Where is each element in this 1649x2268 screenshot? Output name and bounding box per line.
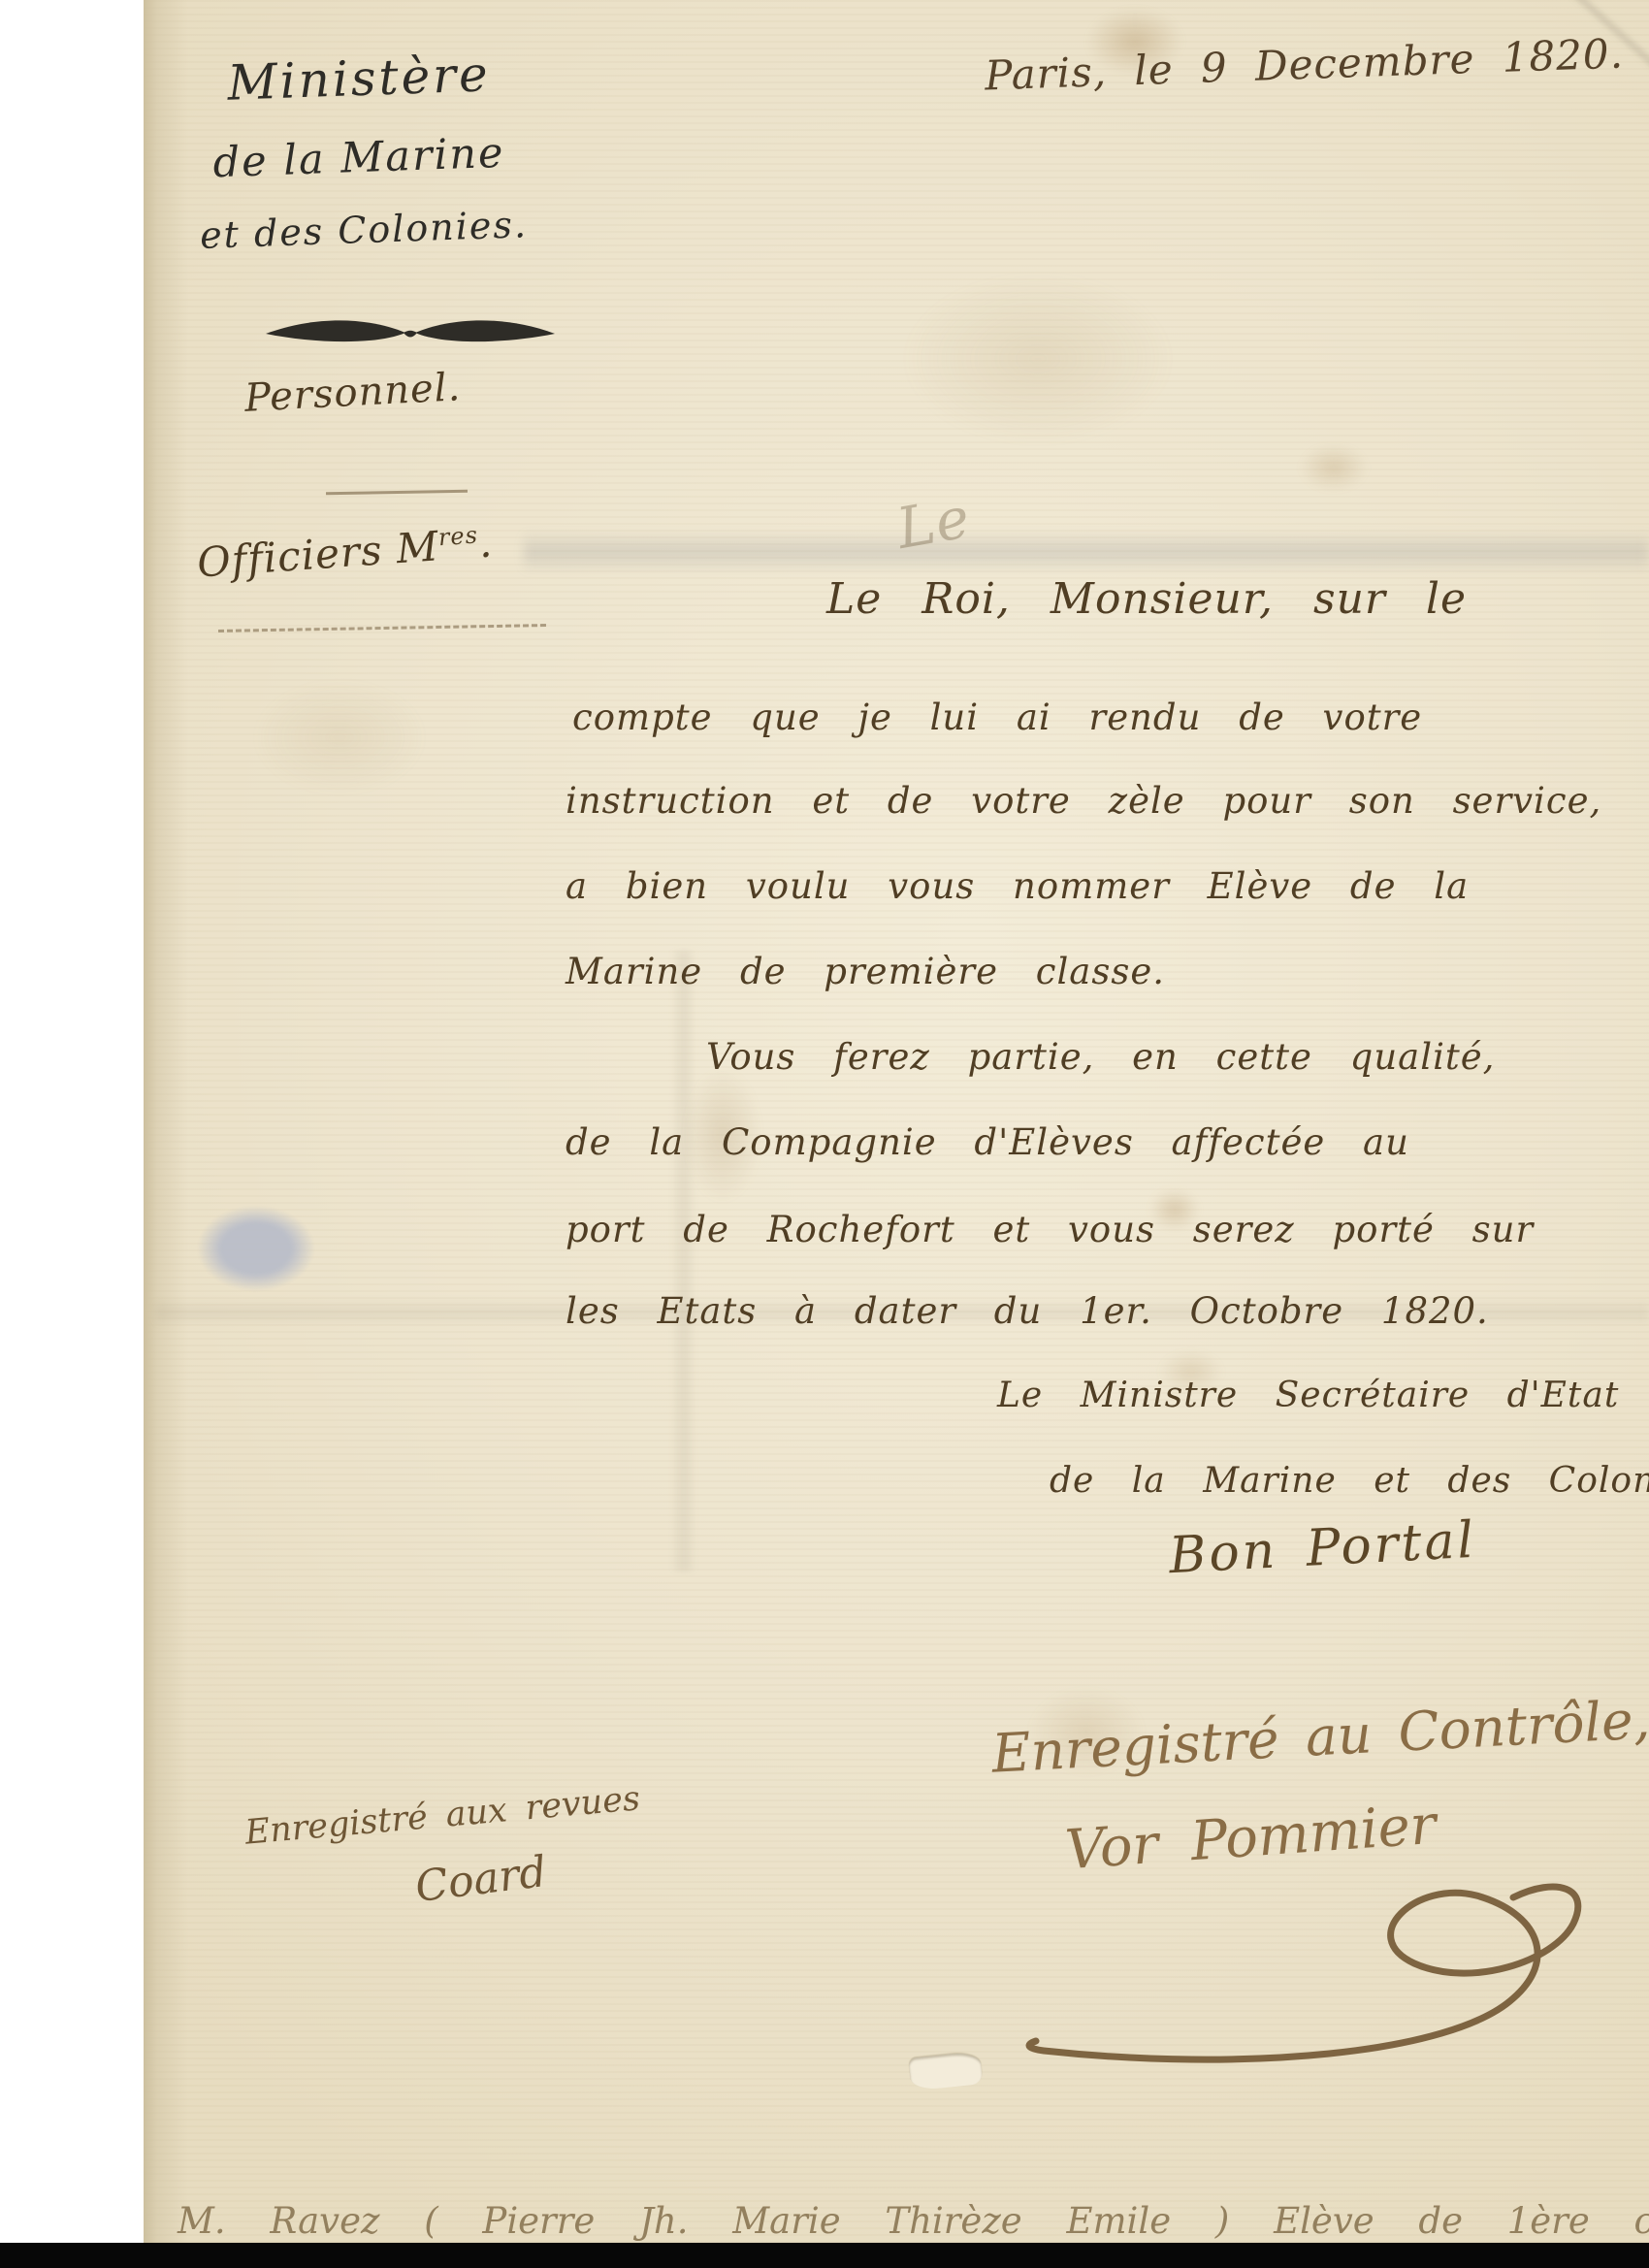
vertical-fold-crease	[671, 951, 696, 1571]
body-line: compte que je lui ai rendu de votre	[572, 697, 1422, 738]
body-line: de la Compagnie d'Elèves affectée au	[566, 1121, 1409, 1163]
paper-stain	[1300, 444, 1368, 491]
body-line: Le Roi, Monsieur, sur le	[826, 574, 1467, 624]
body-line: instruction et de votre zèle pour son se…	[566, 780, 1601, 822]
opening-flourish: Le	[892, 484, 976, 562]
footer-annotation: M. Ravez ( Pierre Jh. Marie Thirèze Emil…	[178, 2200, 1649, 2242]
paper-left-edge-shadow	[144, 0, 188, 2268]
signature-paraph-flourish	[1009, 1870, 1630, 2093]
body-line: a bien voulu vous nommer Elève de la	[566, 865, 1469, 907]
body-line: port de Rochefort et vous serez porté su…	[566, 1209, 1534, 1250]
closing-line: Le Ministre Secrétaire d'Etat	[997, 1376, 1619, 1415]
closing-line: de la Marine et des Colonies	[1050, 1461, 1649, 1501]
body-line: les Etats à dater du 1er. Octobre 1820.	[566, 1290, 1489, 1332]
body-line: Marine de première classe.	[566, 951, 1165, 992]
subject-superscript: res	[437, 521, 479, 551]
body-line: Vous ferez partie, en cette qualité,	[706, 1036, 1495, 1078]
paper-stain	[252, 679, 427, 795]
scan-black-edge	[0, 2243, 1649, 2268]
scanned-letter: Ministère de la Marine et des Colonies. …	[0, 0, 1649, 2268]
horizontal-fold-crease	[524, 532, 1649, 572]
paper-stain	[902, 272, 1174, 446]
letterhead-flourish	[260, 308, 561, 355]
